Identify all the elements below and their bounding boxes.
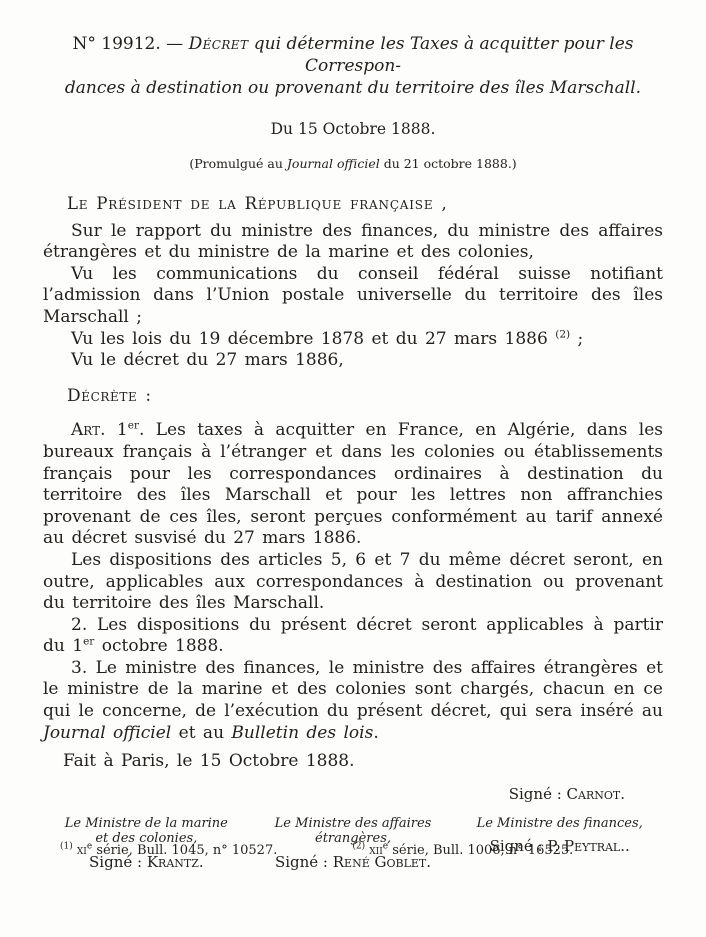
minister-affaires-title-line1: Le Ministre des affaires: [250, 816, 457, 832]
decree-document-page: N° 19912. — Décret qui détermine les Tax…: [0, 0, 706, 937]
minister-finances-title: Le Ministre des finances,: [456, 816, 663, 832]
article-2-paragraph: 2. Les dispositions du présent décret se…: [43, 615, 663, 658]
vu-lois-paragraph: Vu les lois du 19 décembre 1878 et du 27…: [43, 329, 663, 351]
decrete-heading: Décrète :: [43, 386, 663, 408]
footnote-1-marker: (1): [60, 842, 73, 852]
president-signe-label: Signé :: [509, 785, 567, 803]
promulgation-pre: (Promulgué au: [189, 156, 287, 171]
article-1-text: Les taxes à acquitter en France, en Algé…: [43, 420, 663, 548]
article-1-ordinal: er: [128, 420, 139, 432]
footnote-2-series: xii: [369, 843, 383, 858]
closing-line: Fait à Paris, le 15 Octobre 1888.: [43, 751, 663, 773]
president-name: Carnot.: [567, 785, 625, 803]
article-1-paragraph: Art. 1er. Les taxes à acquitter en Franc…: [43, 420, 663, 550]
report-paragraph: Sur le rapport du ministre des finances,…: [43, 221, 663, 264]
footnote-2: (2) xiie série, Bull. 1006, n° 16525.: [352, 843, 573, 858]
article-2-end: octobre 1888.: [94, 636, 223, 656]
minister-finances-title-line1: Le Ministre des finances,: [456, 816, 663, 832]
promulgation-note: (Promulgué au Journal officiel du 21 oct…: [43, 156, 663, 171]
article-2-ordinal: er: [83, 636, 94, 648]
article-3-mid: et au: [171, 723, 231, 743]
president-opening-line: Le Président de la République française …: [43, 193, 663, 215]
promulgation-post: du 21 octobre 1888.): [380, 156, 517, 171]
article-3-text: 3. Le ministre des finances, le ministre…: [43, 658, 663, 721]
vu-lois-text: Vu les lois du 19 décembre 1878 et du 27…: [71, 329, 555, 349]
vu-decret-paragraph: Vu le décret du 27 mars 1886,: [43, 350, 663, 372]
footnotes-row: (1) xie série, Bull. 1045, n° 10527. (2)…: [43, 843, 573, 858]
footnote-1-text: série, Bull. 1045, n° 10527.: [92, 843, 277, 858]
article-1-label: Art. 1: [71, 420, 128, 440]
article-1-sep: .: [139, 420, 156, 440]
decree-body: Le Président de la République française …: [43, 193, 663, 773]
title-dash: —: [161, 34, 189, 54]
title-line2: dances à destination ou provenant du ter…: [65, 78, 641, 98]
title-line1: qui détermine les Taxes à acquitter pour…: [248, 34, 633, 76]
dispositions-paragraph: Les dispositions des articles 5, 6 et 7 …: [43, 550, 663, 615]
article-3-paragraph: 3. Le ministre des finances, le ministre…: [43, 658, 663, 744]
bulletin-des-lois-mention: Bulletin des lois: [231, 723, 373, 743]
decree-date: Du 15 Octobre 1888.: [43, 120, 663, 138]
vu-communications-paragraph: Vu les communications du conseil fédéral…: [43, 264, 663, 329]
document-title: N° 19912. — Décret qui détermine les Tax…: [43, 33, 663, 99]
footnote-1: (1) xie série, Bull. 1045, n° 10527.: [60, 843, 277, 858]
article-3-end: .: [373, 723, 378, 743]
journal-officiel-ref: Journal officiel: [287, 156, 380, 171]
decree-number: N° 19912.: [73, 34, 161, 54]
footnote-2-marker: (2): [352, 842, 365, 852]
footnote-2-text: série, Bull. 1006, n° 16525.: [388, 843, 573, 858]
footnote-1-series: xi: [77, 843, 87, 858]
journal-officiel-mention: Journal officiel: [43, 723, 171, 743]
vu-lois-end: ;: [570, 329, 583, 349]
footnote-ref-2: (2): [555, 328, 570, 340]
minister-marine-title-line1: Le Ministre de la marine: [43, 816, 250, 832]
title-keyword: Décret: [189, 34, 249, 54]
president-signature: Signé : Carnot.: [43, 785, 663, 803]
